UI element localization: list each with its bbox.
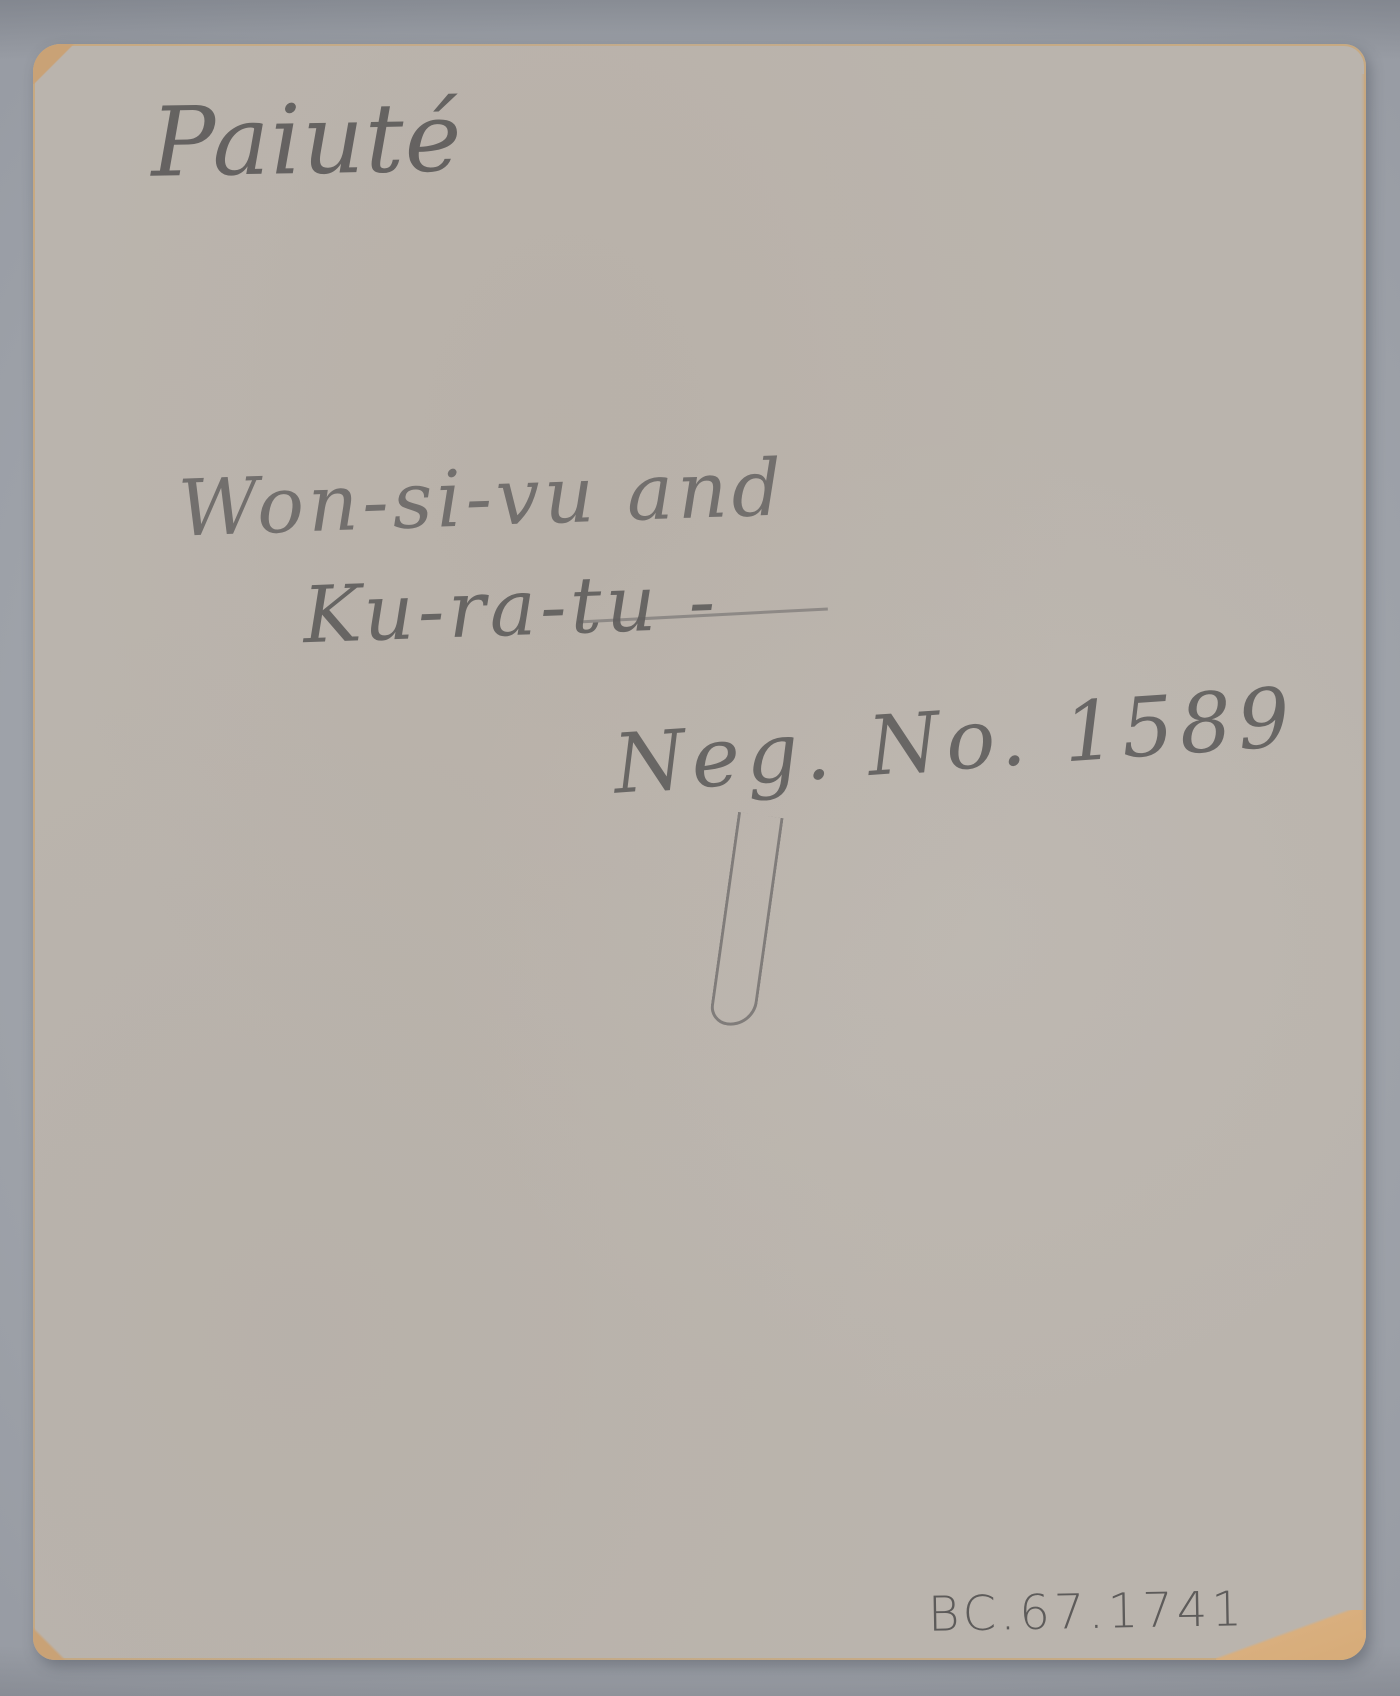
- card-edge-right: [1361, 74, 1366, 1630]
- corner-damage-bottom-left: [33, 1600, 73, 1660]
- tribe-inscription: Paiuté: [150, 81, 463, 198]
- cabinet-card-verso: Paiuté Won-si-vu and Ku-ra-tu - Neg. No.…: [33, 44, 1366, 1660]
- paper-texture: [33, 44, 1366, 1660]
- accession-number: BC.67.1741: [928, 1581, 1247, 1643]
- names-inscription-line-2: Ku-ra-tu -: [302, 557, 721, 661]
